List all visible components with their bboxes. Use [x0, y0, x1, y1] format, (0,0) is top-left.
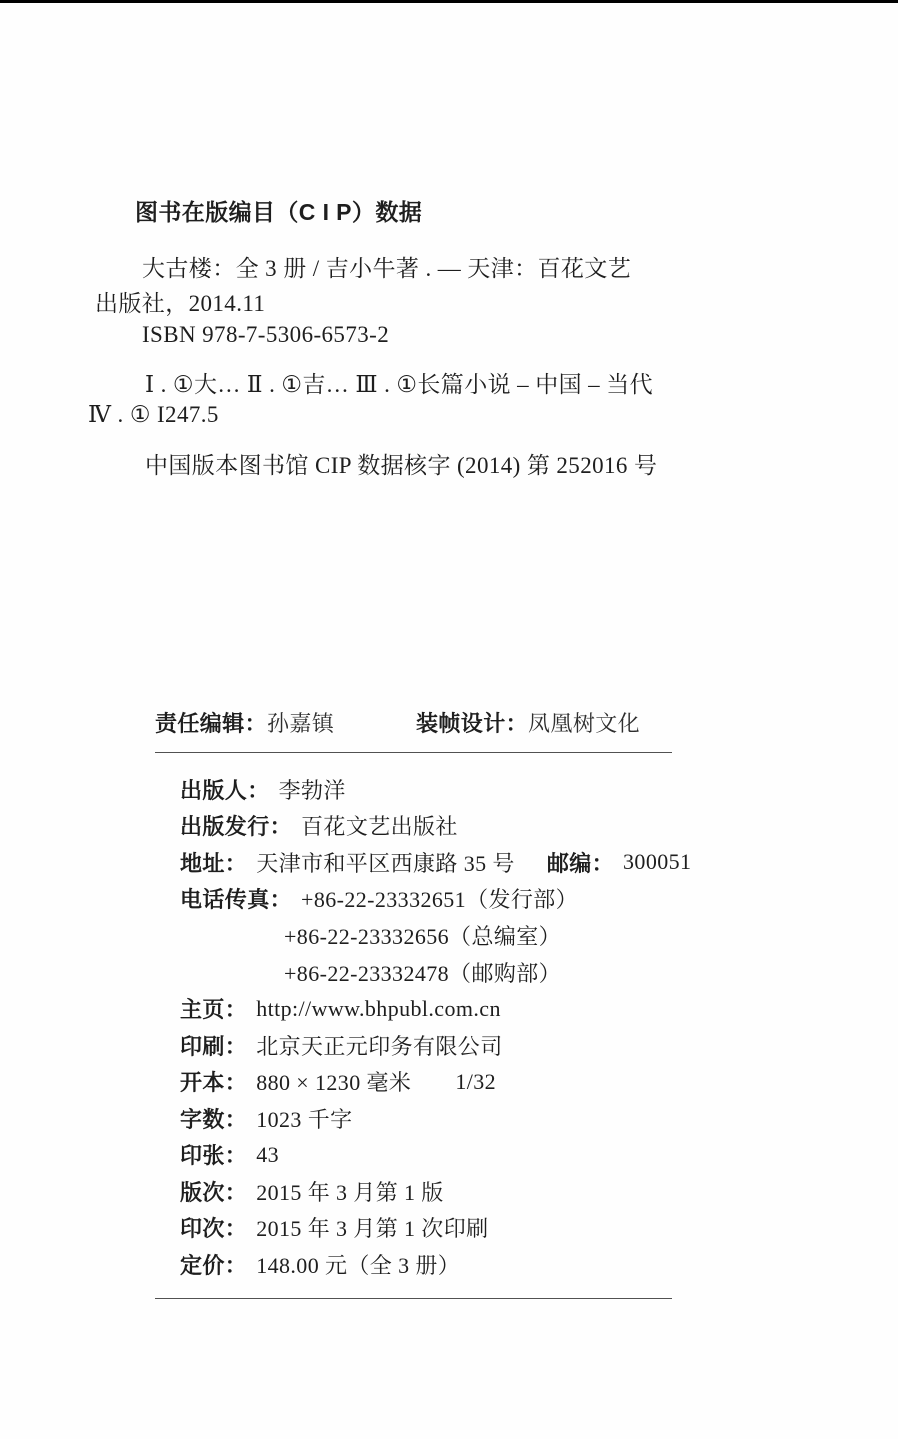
edition-label: 版次： [180, 1176, 247, 1207]
design-name: 凤凰树文化 [528, 711, 640, 736]
word-count-value: 1023 千字 [256, 1103, 352, 1134]
design-label: 装帧设计： [416, 711, 528, 736]
publisher-row: 出版发行： 百花文艺出版社 [180, 808, 691, 845]
printing-row: 印次： 2015 年 3 月第 1 次印刷 [180, 1210, 691, 1247]
publication-info-list: 出版人： 李勃洋 出版发行： 百花文艺出版社 地址： 天津市和平区西康路 35 … [180, 771, 691, 1283]
price-label: 定价： [180, 1249, 247, 1280]
publisher-label: 出版发行： [180, 810, 292, 841]
printing-label: 印次： [180, 1212, 247, 1243]
address-row: 地址： 天津市和平区西康路 35 号 邮编： 300051 [180, 844, 691, 881]
design-credit: 装帧设计：凤凰树文化 [416, 707, 640, 738]
divider-bottom [155, 1298, 672, 1299]
postcode-label: 邮编： [547, 847, 614, 878]
cip-isbn: ISBN 978-7-5306-6573-2 [142, 320, 389, 350]
word-count-row: 字数： 1023 千字 [180, 1100, 691, 1137]
publisher-person-label: 出版人： [180, 774, 270, 805]
format-row: 开本： 880 × 1230 毫米 1/32 [180, 1063, 691, 1100]
copyright-page: 图书在版编目（C I P）数据 大古楼：全 3 册 / 吉小牛著 . — 天津：… [0, 0, 898, 1439]
publisher-value: 百花文艺出版社 [301, 810, 458, 841]
printer-row: 印刷： 北京天正元印务有限公司 [180, 1027, 691, 1064]
homepage-value: http://www.bhpubl.com.cn [256, 996, 501, 1022]
cip-classification-line-1: Ⅰ . ①大… Ⅱ . ①吉… Ⅲ . ①长篇小说 – 中国 – 当代 [145, 370, 653, 400]
cip-title-line-1: 大古楼：全 3 册 / 吉小牛著 . — 天津：百花文艺 [142, 254, 631, 284]
format-label: 开本： [180, 1066, 247, 1097]
printer-value: 北京天正元印务有限公司 [256, 1030, 502, 1061]
address-value: 天津市和平区西康路 35 号 [256, 847, 515, 878]
homepage-label: 主页： [180, 993, 247, 1024]
format-value: 880 × 1230 毫米 [256, 1066, 411, 1097]
publisher-person-value: 李勃洋 [279, 774, 346, 805]
cip-classification-line-2: Ⅳ . ① I247.5 [88, 400, 219, 430]
price-value: 148.00 元（全 3 册） [256, 1249, 460, 1280]
sheets-value: 43 [256, 1142, 279, 1168]
editor-label: 责任编辑： [155, 711, 267, 736]
postcode-value: 300051 [623, 849, 691, 875]
publisher-person-row: 出版人： 李勃洋 [180, 771, 691, 808]
printing-value: 2015 年 3 月第 1 次印刷 [256, 1212, 488, 1243]
edition-value: 2015 年 3 月第 1 版 [256, 1176, 444, 1207]
editor-credit: 责任编辑：孙嘉镇 [155, 707, 334, 738]
cip-title-line-2: 出版社，2014.11 [95, 289, 265, 319]
edition-row: 版次： 2015 年 3 月第 1 版 [180, 1173, 691, 1210]
phone-fax-value-2: +86-22-23332656（总编室） [284, 920, 561, 951]
price-row: 定价： 148.00 元（全 3 册） [180, 1246, 691, 1283]
phone-fax-value-1: +86-22-23332651（发行部） [301, 883, 578, 914]
phone-fax-label: 电话传真： [180, 883, 292, 914]
cip-registry-number: 中国版本图书馆 CIP 数据核字 (2014) 第 252016 号 [145, 451, 657, 481]
scan-edge-strip [0, 0, 898, 3]
printer-label: 印刷： [180, 1030, 247, 1061]
sheets-row: 印张： 43 [180, 1136, 691, 1173]
phone-fax-value-3: +86-22-23332478（邮购部） [284, 957, 561, 988]
phone-fax-row: 电话传真： +86-22-23332651（发行部） [180, 881, 691, 918]
format-fraction-value: 1/32 [455, 1069, 496, 1095]
divider-top [155, 752, 672, 753]
address-label: 地址： [180, 847, 247, 878]
editor-name: 孙嘉镇 [267, 711, 334, 736]
cip-header: 图书在版编目（C I P）数据 [135, 198, 422, 228]
phone-fax-row-2: +86-22-23332656（总编室） [180, 917, 691, 954]
sheets-label: 印张： [180, 1139, 247, 1170]
homepage-row: 主页： http://www.bhpubl.com.cn [180, 990, 691, 1027]
phone-fax-row-3: +86-22-23332478（邮购部） [180, 954, 691, 991]
word-count-label: 字数： [180, 1103, 247, 1134]
